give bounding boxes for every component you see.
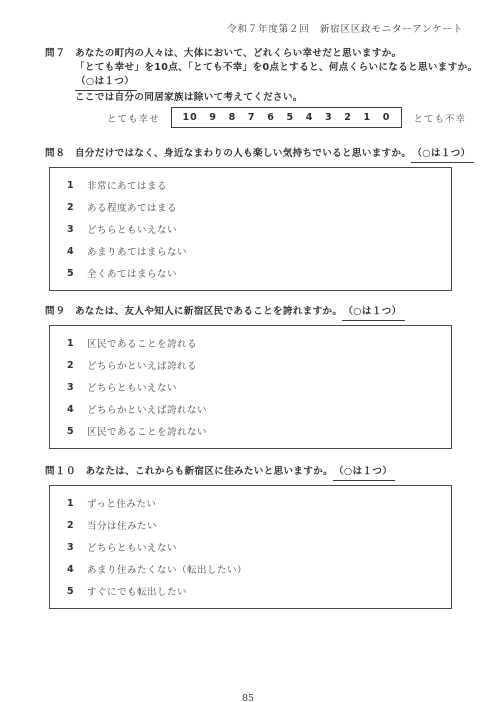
scale-value-2: 2: [344, 112, 352, 123]
option-text: 全くあてはまらない: [87, 266, 177, 280]
question-9-choice-note: （○は１つ）: [342, 305, 404, 321]
scale-right-label: とても不幸: [413, 111, 466, 125]
option-number: 1: [67, 338, 87, 349]
option-text: どちらともいえない: [87, 222, 177, 236]
scale-value-7: 7: [248, 112, 256, 123]
option-row: 1 非常にあてはまる: [50, 174, 451, 196]
option-text: どちらともいえない: [87, 380, 177, 394]
question-7-choice-note: （○は１つ）: [75, 75, 137, 91]
scale-value-0: 0: [383, 112, 391, 123]
question-9-options-box: 1 区民であることを誇れる 2 どちらかといえば誇れる 3 どちらともいえない …: [49, 325, 452, 449]
question-8-choice-note: （○は１つ）: [411, 147, 473, 163]
scale-value-9: 9: [209, 112, 217, 123]
option-text: どちらともいえない: [87, 540, 177, 554]
scale-box: 10 9 8 7 6 5 4 3 2 1 0: [171, 107, 403, 128]
option-row: 2 どちらかといえば誇れる: [50, 354, 451, 376]
option-number: 4: [67, 564, 87, 575]
question-9-label: 問９: [45, 305, 66, 319]
question-8-options-box: 1 非常にあてはまる 2 ある程度あてはまる 3 どちらともいえない 4 あまり…: [49, 167, 452, 291]
scale-value-5: 5: [286, 112, 294, 123]
document-title: 令和７年度第２回 新宿区区政モニターアンケート: [0, 0, 496, 35]
option-text: 区民であることを誇れる: [87, 336, 197, 350]
option-text: ある程度あてはまる: [87, 200, 177, 214]
scale-value-10: 10: [183, 112, 198, 123]
option-text: ずっと住みたい: [87, 496, 156, 510]
option-row: 1 区民であることを誇れる: [50, 332, 451, 354]
option-row: 4 あまり住みたくない（転出したい）: [50, 558, 451, 580]
option-row: 5 すぐにでも転出したい: [50, 580, 451, 602]
question-7-label: 問７: [45, 47, 66, 61]
question-9-text: あなたは、友人や知人に新宿区民であることを誇れますか。: [75, 305, 342, 319]
option-number: 5: [67, 268, 87, 279]
question-8-label: 問８: [45, 147, 66, 161]
question-10-options-box: 1 ずっと住みたい 2 当分は住みたい 3 どちらともいえない 4 あまり住みた…: [49, 485, 452, 609]
question-7-line-4: ここでは自分の同居家族は除いて考えてください。: [75, 91, 477, 105]
scale-value-6: 6: [267, 112, 275, 123]
scale-value-4: 4: [306, 112, 314, 123]
option-text: あまり住みたくない（転出したい）: [87, 562, 247, 576]
option-number: 3: [67, 224, 87, 235]
option-text: どちらかといえば誇れる: [87, 358, 197, 372]
option-row: 5 区民であることを誇れない: [50, 420, 451, 442]
option-number: 4: [67, 404, 87, 415]
option-row: 3 どちらともいえない: [50, 536, 451, 558]
option-row: 4 あまりあてはまらない: [50, 240, 451, 262]
question-8-text: 自分だけではなく、身近なまわりの人も楽しい気持ちでいると思いますか。: [75, 147, 411, 161]
option-row: 5 全くあてはまらない: [50, 262, 451, 284]
question-10: 問１０ あなたは、これからも新宿区に住みたいと思いますか。 （○は１つ） 1 ず…: [45, 465, 466, 609]
question-7-text: あなたの町内の人々は、大体において、どれくらい幸せだと思いますか。 「とても幸せ…: [75, 47, 477, 105]
option-row: 2 当分は住みたい: [50, 514, 451, 536]
question-7-line-2: 「とても幸せ」を10点、「とても不幸」を0点とすると、何点くらいになると思います…: [75, 61, 477, 75]
question-7: 問７ あなたの町内の人々は、大体において、どれくらい幸せだと思いますか。 「とて…: [45, 47, 466, 128]
questionnaire-page: 令和７年度第２回 新宿区区政モニターアンケート 問７ あなたの町内の人々は、大体…: [0, 0, 496, 702]
option-text: すぐにでも転出したい: [87, 584, 187, 598]
option-number: 5: [67, 586, 87, 597]
option-number: 1: [67, 498, 87, 509]
option-number: 4: [67, 246, 87, 257]
question-10-text: あなたは、これからも新宿区に住みたいと思いますか。: [86, 465, 334, 479]
option-text: あまりあてはまらない: [87, 244, 187, 258]
question-9: 問９ あなたは、友人や知人に新宿区民であることを誇れますか。 （○は１つ） 1 …: [45, 305, 466, 449]
option-number: 2: [67, 360, 87, 371]
question-8: 問８ 自分だけではなく、身近なまわりの人も楽しい気持ちでいると思いますか。 （○…: [45, 147, 466, 291]
page-number: 85: [0, 693, 496, 702]
scale-left-label: とても幸せ: [107, 111, 160, 125]
option-number: 5: [67, 426, 87, 437]
option-number: 3: [67, 382, 87, 393]
option-row: 3 どちらともいえない: [50, 376, 451, 398]
happiness-scale: とても幸せ 10 9 8 7 6 5 4 3 2 1 0 とても不幸: [107, 107, 466, 128]
option-text: 非常にあてはまる: [87, 178, 167, 192]
option-row: 4 どちらかといえば誇れない: [50, 398, 451, 420]
question-7-line-1: あなたの町内の人々は、大体において、どれくらい幸せだと思いますか。: [75, 47, 477, 61]
option-number: 3: [67, 542, 87, 553]
scale-value-8: 8: [229, 112, 237, 123]
scale-value-1: 1: [364, 112, 372, 123]
question-10-label: 問１０: [45, 465, 77, 479]
scale-value-3: 3: [325, 112, 333, 123]
question-10-choice-note: （○は１つ）: [333, 465, 395, 481]
option-text: 区民であることを誇れない: [87, 424, 207, 438]
option-row: 1 ずっと住みたい: [50, 492, 451, 514]
option-row: 3 どちらともいえない: [50, 218, 451, 240]
option-text: 当分は住みたい: [87, 518, 157, 532]
option-number: 2: [67, 520, 87, 531]
option-number: 1: [67, 180, 87, 191]
option-row: 2 ある程度あてはまる: [50, 196, 451, 218]
option-text: どちらかといえば誇れない: [87, 402, 207, 416]
option-number: 2: [67, 202, 87, 213]
